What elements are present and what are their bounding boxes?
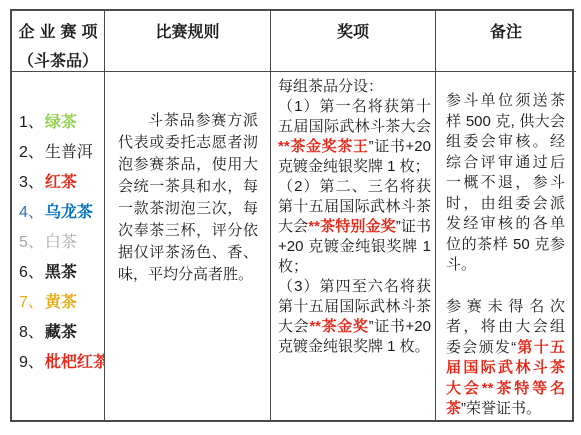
text-run: （1）第一名将获第十五届国际武林斗茶大会: [278, 98, 431, 135]
tea-list: 1、绿茶2、生普洱3、红茶4、乌龙茶5、白茶6、黑茶7、黄茶8、藏茶9、枇杷红茶: [12, 72, 105, 420]
tea-item-number: 7、: [19, 294, 44, 311]
document-page: 企业赛项 （斗茶品） 比赛规则 奖项 备注 1、绿茶2、生普洱3、红茶4、乌龙茶…: [0, 0, 581, 435]
header-event-title: 企业赛项: [12, 18, 104, 47]
tea-list-item: 1、绿茶: [19, 108, 100, 138]
tea-item-name: 生普洱: [45, 144, 93, 161]
tea-item-name: 黑茶: [45, 264, 77, 281]
header-event-subtitle: （斗茶品）: [12, 47, 104, 72]
tea-item-number: 1、: [19, 114, 44, 131]
awards-intro: 每组茶品分设：: [278, 77, 431, 97]
tea-item-name: 红茶: [45, 174, 77, 191]
tea-item-name: 绿茶: [45, 114, 77, 131]
tea-item-name: 藏茶: [45, 324, 77, 341]
award-title-highlight: **茶特别金奖: [308, 218, 395, 235]
tea-item-name: 黄茶: [45, 294, 77, 311]
header-cell-event: 企业赛项 （斗茶品）: [12, 11, 105, 72]
tea-list-item: 4、乌龙茶: [19, 198, 100, 228]
award-item: （3）第四至六名将获第十五届国际武林斗茶大会**茶金奖”证书+20 克镀金纯银奖…: [278, 277, 431, 357]
tea-list-item: 7、黄茶: [19, 288, 100, 318]
text-run: ”荣誉证书。: [461, 400, 541, 417]
tea-item-number: 8、: [19, 324, 44, 341]
competition-table: 企业赛项 （斗茶品） 比赛规则 奖项 备注 1、绿茶2、生普洱3、红茶4、乌龙茶…: [10, 9, 574, 422]
tea-item-number: 9、: [19, 354, 44, 371]
rules-paragraph: 斗茶品参赛方派代表或委托志愿者沏泡参赛茶品，使用大会统一茶具和水，每一款茶沏泡三…: [118, 110, 258, 286]
tea-item-name: 乌龙茶: [45, 204, 93, 221]
award-title-highlight: **茶金奖: [309, 318, 368, 335]
awards-list: （1）第一名将获第十五届国际武林斗茶大会**茶金奖茶王”证书+20 克镀金纯银奖…: [278, 97, 431, 357]
award-title-highlight: **茶金奖茶王: [278, 138, 369, 155]
tea-list-item: 3、红茶: [19, 168, 100, 198]
tea-item-number: 4、: [19, 204, 44, 221]
tea-list-item: 2、生普洱: [19, 138, 100, 168]
tea-item-number: 2、: [19, 144, 44, 161]
tea-item-name: 白茶: [45, 234, 77, 251]
tea-item-name: 枇杷红茶: [45, 354, 105, 371]
tea-list-item: 9、枇杷红茶: [19, 348, 100, 378]
award-item: （1）第一名将获第十五届国际武林斗茶大会**茶金奖茶王”证书+20 克镀金纯银奖…: [278, 97, 431, 177]
tea-item-number: 6、: [19, 264, 44, 281]
header-cell-awards: 奖项: [271, 11, 436, 72]
header-cell-notes: 备注: [436, 11, 576, 72]
header-cell-rules: 比赛规则: [105, 11, 271, 72]
notes-paragraph-1: 参斗单位须送茶样 500 克, 供大会组委会审核。经综合评审通过后一概不退，参斗…: [446, 91, 565, 276]
awards-cell: 每组茶品分设： （1）第一名将获第十五届国际武林斗茶大会**茶金奖茶王”证书+2…: [271, 72, 436, 420]
tea-item-number: 5、: [19, 234, 44, 251]
notes-cell: 参斗单位须送茶样 500 克, 供大会组委会审核。经综合评审通过后一概不退，参斗…: [436, 72, 576, 420]
tea-item-number: 3、: [19, 174, 44, 191]
tea-list-item: 6、黑茶: [19, 258, 100, 288]
award-item: （2）第二、三名将获第十五届国际武林斗茶大会**茶特别金奖”证书+20 克镀金纯…: [278, 177, 431, 277]
notes-paragraph-2: 参赛未得名次者，将由大会组委会颁发“第十五届国际武林斗茶大会**茶特等名茶”荣誉…: [446, 297, 565, 420]
tea-list-item: 5、白茶: [19, 228, 100, 258]
rules-cell: 斗茶品参赛方派代表或委托志愿者沏泡参赛茶品，使用大会统一茶具和水，每一款茶沏泡三…: [105, 72, 271, 420]
tea-list-item: 8、藏茶: [19, 318, 100, 348]
